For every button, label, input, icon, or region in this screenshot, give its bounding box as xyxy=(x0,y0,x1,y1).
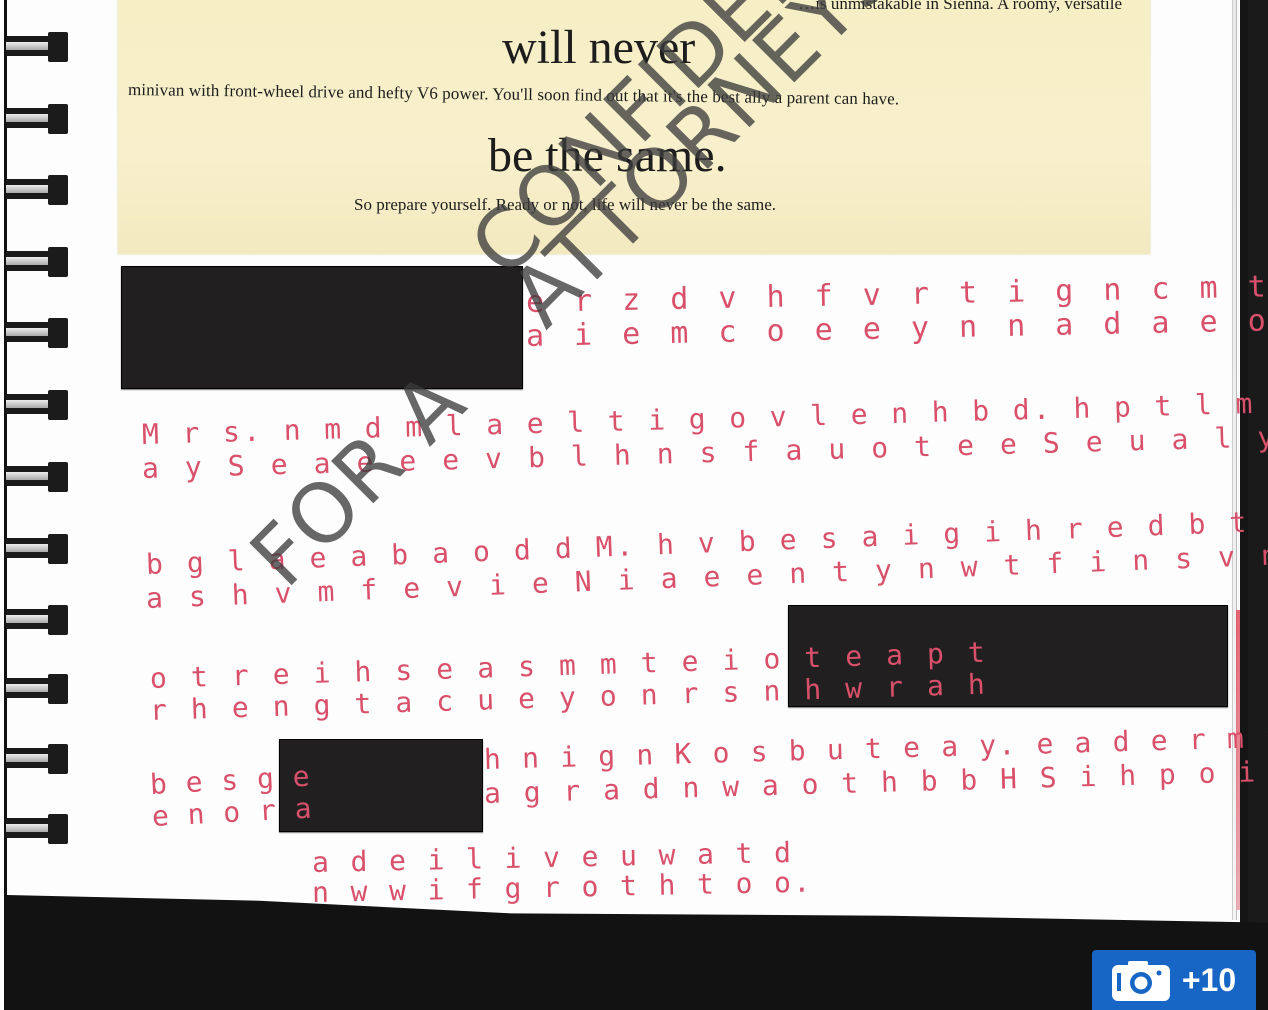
notebook-cover-edge xyxy=(1240,0,1248,930)
spiral-ring xyxy=(6,102,66,136)
spiral-ring xyxy=(6,603,66,637)
redaction-box xyxy=(121,266,523,389)
spiral-ring xyxy=(6,460,66,494)
photo-gallery-button[interactable]: +10 xyxy=(1092,950,1256,1010)
spiral-ring xyxy=(6,388,66,422)
spiral-ring xyxy=(6,316,66,350)
spiral-ring xyxy=(6,812,66,846)
photo-count: +10 xyxy=(1182,962,1236,999)
spiral-ring xyxy=(6,672,66,706)
notebook-left-border xyxy=(4,0,7,1010)
spiral-ring xyxy=(6,173,66,207)
spiral-ring xyxy=(6,245,66,279)
spiral-ring xyxy=(6,532,66,566)
spiral-ring xyxy=(6,742,66,776)
spiral-ring xyxy=(6,30,66,64)
camera-icon xyxy=(1112,959,1170,1001)
